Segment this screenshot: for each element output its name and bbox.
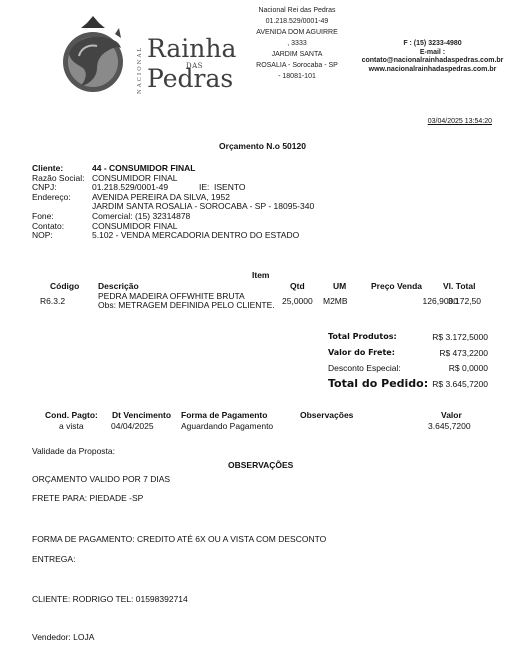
freight-value: R$ 473,2200 <box>439 348 488 358</box>
item-unit: M2MB <box>323 296 348 306</box>
payment-column-value: Valor <box>441 410 462 420</box>
brand-top-text: Rainha <box>147 36 236 61</box>
payment-column-due: Dt Vencimento <box>112 410 171 420</box>
company-district: JARDIM SANTA ROSALIA - Sorocaba - SP - 1… <box>256 49 338 82</box>
payment-value: 3.645,7200 <box>428 421 471 431</box>
column-price: Preço Venda <box>371 281 422 291</box>
column-unit: UM <box>333 281 346 291</box>
order-total-label: Total do Pedido: <box>328 377 428 390</box>
nop-value: 5.102 - VENDA MERCADORIA DENTRO DO ESTAD… <box>92 231 314 241</box>
total-products-row: Total Produtos: R$ 3.172,5000 <box>328 332 488 348</box>
freight-label: Valor do Frete: <box>328 348 395 357</box>
item-code: R6.3.2 <box>40 296 65 306</box>
item-description: PEDRA MADEIRA OFFWHITE BRUTA Obs: METRAG… <box>98 292 275 310</box>
observation-line: ENTREGA: <box>32 554 75 564</box>
column-description: Descrição <box>98 281 139 291</box>
column-total: Vl. Total <box>443 281 475 291</box>
seller-line: Vendedor: LOJA <box>32 632 94 642</box>
company-contact: F : (15) 3233-4980 E-mail : contato@naci… <box>340 40 525 74</box>
ie-value: ISENTO <box>214 182 246 192</box>
observation-line: FRETE PARA: PIEDADE -SP <box>32 493 143 503</box>
observation-line: FORMA DE PAGAMENTO: CREDITO ATÉ 6X OU A … <box>32 534 326 544</box>
company-name: Nacional Rei das Pedras <box>256 5 338 16</box>
discount-label: Desconto Especial: <box>328 363 401 373</box>
total-products-value: R$ 3.172,5000 <box>432 332 488 342</box>
horse-head-crown-icon <box>57 12 137 92</box>
company-email: contato@nacionalrainhadaspedras.com.br <box>340 57 525 66</box>
validity-label: Validade da Proposta: <box>32 446 115 456</box>
column-qty: Qtd <box>290 281 305 291</box>
razao-social-row: Razão Social: CONSUMIDOR FINAL <box>32 174 314 184</box>
quote-title: Orçamento N.o 50120 <box>0 141 525 151</box>
payment-due-date: 04/04/2025 <box>111 421 154 431</box>
nop-label: NOP: <box>32 231 92 241</box>
observations-title: OBSERVAÇÕES <box>228 460 293 470</box>
company-street: AVENIDA DOM AGUIRRE , 3333 <box>256 27 338 49</box>
address-label: Endereço: <box>32 193 92 203</box>
payment-column-obs: Observações <box>300 410 353 420</box>
email-label: E-mail : <box>340 49 525 58</box>
item-obs-text: Obs: METRAGEM DEFINIDA PELO CLIENTE. <box>98 301 275 310</box>
company-logo: NACIONAL Rainha DAS Pedras <box>57 12 232 92</box>
column-code: Código <box>50 281 79 291</box>
freight-row: Valor do Frete: R$ 473,2200 <box>328 348 488 364</box>
brand-side-text: NACIONAL <box>137 46 143 94</box>
payment-cond: a vista <box>59 421 84 431</box>
company-info: Nacional Rei das Pedras 01.218.529/0001-… <box>256 5 338 82</box>
company-website: www.nacionalrainhadaspedras.com.br <box>340 66 525 75</box>
payment-column-cond: Cond. Pagto: <box>45 410 98 420</box>
order-total-row: Total do Pedido: R$ 3.645,7200 <box>328 379 488 395</box>
discount-value: R$ 0,0000 <box>449 363 488 373</box>
payment-column-method: Forma de Pagamento <box>181 410 267 420</box>
items-section-title: Item <box>252 270 269 280</box>
client-info: Cliente: 44 - CONSUMIDOR FINAL Razão Soc… <box>32 164 314 241</box>
company-cnpj: 01.218.529/0001-49 <box>256 16 338 27</box>
item-qty: 25,0000 <box>282 296 313 306</box>
order-total-value: R$ 3.645,7200 <box>432 379 488 389</box>
payment-method: Aguardando Pagamento <box>181 421 273 431</box>
observation-line: ORÇAMENTO VALIDO POR 7 DIAS <box>32 474 170 484</box>
brand-bottom-text: Pedras <box>147 66 233 91</box>
nop-row: NOP: 5.102 - VENDA MERCADORIA DENTRO DO … <box>32 231 314 241</box>
company-phone: F : (15) 3233-4980 <box>340 40 525 49</box>
totals-block: Total Produtos: R$ 3.172,5000 Valor do F… <box>328 332 488 394</box>
total-products-label: Total Produtos: <box>328 332 397 341</box>
print-datetime: 03/04/2025 13:54:20 <box>428 118 492 125</box>
item-total: 3.172,50 <box>448 296 481 306</box>
observation-line: CLIENTE: RODRIGO TEL: 01598392714 <box>32 594 188 604</box>
